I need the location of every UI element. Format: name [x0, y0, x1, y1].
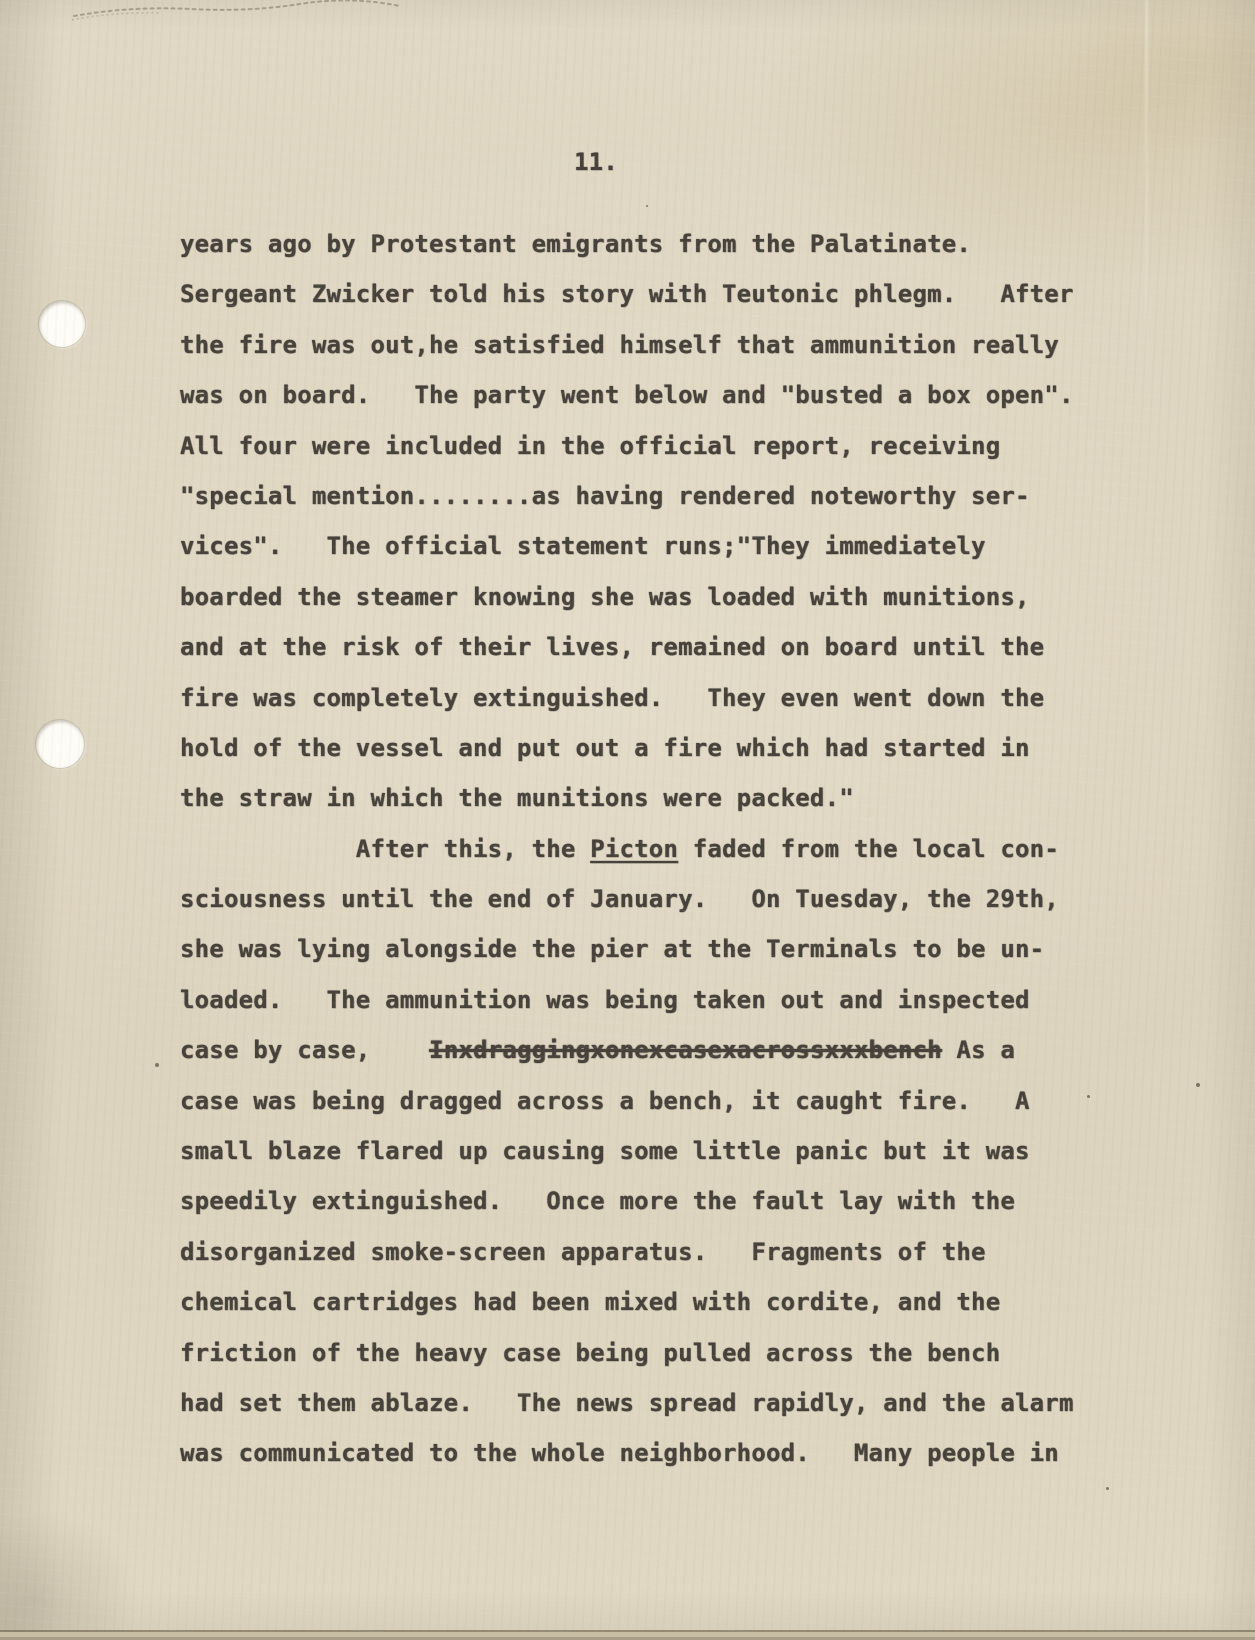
text-line: the fire was out,he satisfied himself th… [180, 320, 1200, 370]
text-line: vices". The official statement runs;"The… [180, 521, 1200, 571]
text-run: boarded the steamer knowing she was load… [180, 583, 1030, 611]
paper-crease [1145, 0, 1148, 420]
text-run: case by case, [180, 1036, 429, 1064]
text-run: and at the risk of their lives, remained… [180, 633, 1044, 661]
text-run: case was being dragged across a bench, i… [180, 1087, 1030, 1115]
paper-bottom-edge [0, 1630, 1255, 1640]
text-line: All four were included in the official r… [180, 421, 1200, 471]
text-line: case by case, Inxdraggingxonexcasexacros… [180, 1025, 1200, 1075]
text-run: sciousness until the end of January. On … [180, 885, 1059, 913]
text-run: After this, the [180, 835, 590, 863]
text-line: had set them ablaze. The news spread rap… [180, 1378, 1200, 1428]
typed-lines: years ago by Protestant emigrants from t… [180, 219, 1200, 1479]
ink-speck [1196, 1083, 1200, 1087]
ink-speck [155, 1063, 159, 1067]
text-run: Sergeant Zwicker told his story with Teu… [180, 280, 1074, 308]
text-line: and at the risk of their lives, remained… [180, 622, 1200, 672]
text-line: was communicated to the whole neighborho… [180, 1428, 1200, 1478]
ink-speck [1106, 1487, 1109, 1490]
text-run: hold of the vessel and put out a fire wh… [180, 734, 1030, 762]
text-run: was communicated to the whole neighborho… [180, 1439, 1059, 1467]
text-line: After this, the Picton faded from the lo… [180, 824, 1200, 874]
struck-out-text: Inxdraggingxonexcasexacrossxxxbench [429, 1036, 942, 1064]
text-line: chemical cartridges had been mixed with … [180, 1277, 1200, 1327]
torn-edge-mark [70, 0, 470, 26]
text-line: "special mention........as having render… [180, 471, 1200, 521]
text-line: Sergeant Zwicker told his story with Teu… [180, 269, 1200, 319]
text-run: was on board. The party went below and "… [180, 381, 1074, 409]
text-run: friction of the heavy case being pulled … [180, 1339, 1000, 1367]
manuscript-page: 11. years ago by Protestant emigrants fr… [0, 0, 1255, 1632]
text-line: case was being dragged across a bench, i… [180, 1076, 1200, 1126]
text-line: fire was completely extinguished. They e… [180, 673, 1200, 723]
text-line: was on board. The party went below and "… [180, 370, 1200, 420]
text-run: vices". The official statement runs;"The… [180, 532, 986, 560]
text-run: disorganized smoke-screen apparatus. Fra… [180, 1238, 986, 1266]
text-run: years ago by Protestant emigrants from t… [180, 230, 971, 258]
ink-speck [646, 205, 648, 207]
text-run: speedily extinguished. Once more the fau… [180, 1187, 1015, 1215]
punch-hole [36, 720, 84, 768]
text-run: had set them ablaze. The news spread rap… [180, 1389, 1074, 1417]
text-line: speedily extinguished. Once more the fau… [180, 1176, 1200, 1226]
punch-hole [39, 301, 85, 347]
text-line: disorganized smoke-screen apparatus. Fra… [180, 1227, 1200, 1277]
text-run: small blaze flared up causing some littl… [180, 1137, 1030, 1165]
text-line: sciousness until the end of January. On … [180, 874, 1200, 924]
page-number: 11. [574, 148, 618, 176]
text-line: hold of the vessel and put out a fire wh… [180, 723, 1200, 773]
text-run: loaded. The ammunition was being taken o… [180, 986, 1030, 1014]
text-line: the straw in which the munitions were pa… [180, 773, 1200, 823]
text-run: "special mention........as having render… [180, 482, 1030, 510]
text-run: chemical cartridges had been mixed with … [180, 1288, 1000, 1316]
text-line: she was lying alongside the pier at the … [180, 924, 1200, 974]
text-line: loaded. The ammunition was being taken o… [180, 975, 1200, 1025]
text-run: the fire was out,he satisfied himself th… [180, 331, 1059, 359]
text-run: fire was completely extinguished. They e… [180, 684, 1044, 712]
underlined-ship-name: Picton [590, 835, 678, 863]
text-run: All four were included in the official r… [180, 432, 1000, 460]
text-run: the straw in which the munitions were pa… [180, 784, 854, 812]
text-run: she was lying alongside the pier at the … [180, 935, 1044, 963]
text-run: faded from the local con- [678, 835, 1059, 863]
text-line: boarded the steamer knowing she was load… [180, 572, 1200, 622]
text-line: friction of the heavy case being pulled … [180, 1328, 1200, 1378]
text-run: As a [942, 1036, 1015, 1064]
ink-speck [1087, 1095, 1090, 1098]
text-line: small blaze flared up causing some littl… [180, 1126, 1200, 1176]
text-line: years ago by Protestant emigrants from t… [180, 219, 1200, 269]
